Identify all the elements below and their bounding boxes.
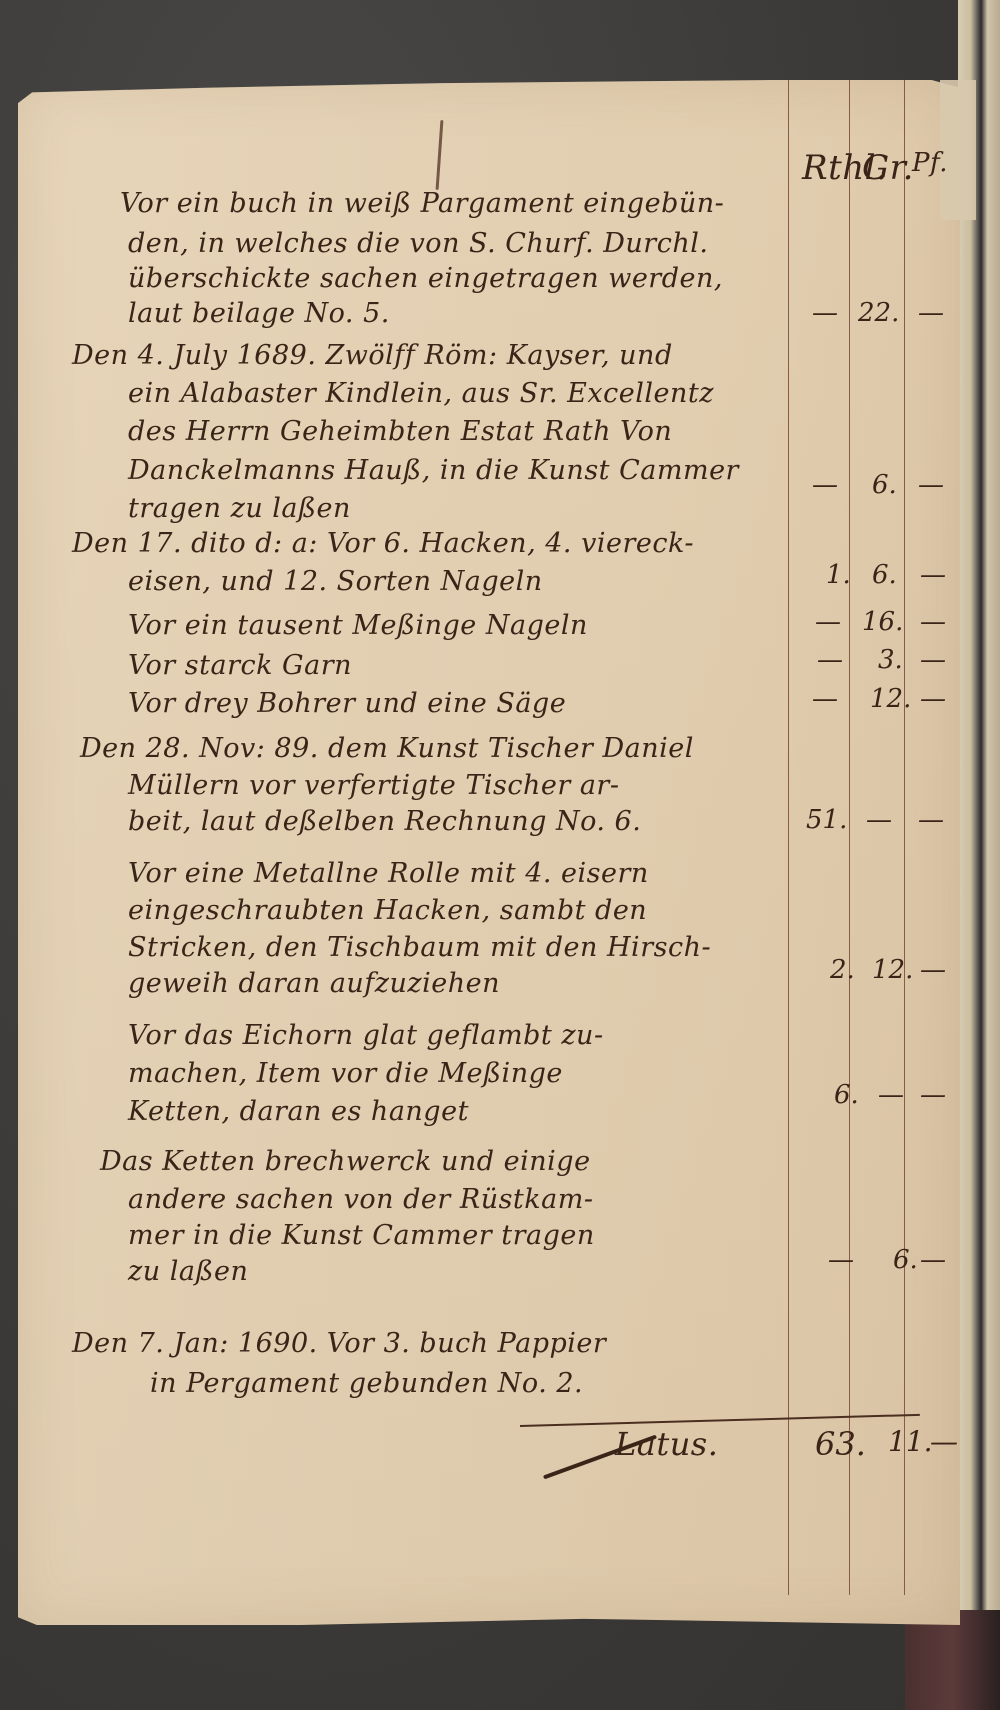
total-label: Latus.: [615, 1425, 718, 1463]
entry-line: ein Alabaster Kindlein, aus Sr. Excellen…: [128, 380, 714, 407]
entry-line: in Pergament gebunden No. 2.: [150, 1370, 583, 1397]
column-rule-pf: [904, 80, 905, 1595]
entry-line: tragen zu laßen: [128, 495, 351, 522]
amount-rthl: —: [817, 645, 843, 675]
entry-line: Vor drey Bohrer und eine Säge: [128, 690, 566, 717]
column-header-pf: Pf.: [912, 148, 948, 178]
amount-gr: 22.: [858, 298, 899, 328]
entry-line: Danckelmanns Hauß, in die Kunst Cammer: [128, 457, 739, 484]
entry-line: Vor das Eichorn glat geflambt zu-: [128, 1022, 604, 1049]
entry-line: Den 28. Nov: 89. dem Kunst Tischer Danie…: [80, 735, 694, 762]
amount-rthl: 2.: [830, 955, 855, 985]
amount-rthl: —: [812, 298, 838, 328]
amount-pf: —: [920, 560, 946, 590]
entry-line: Vor ein tausent Meßinge Nageln: [128, 612, 588, 639]
amount-pf: —: [920, 1080, 946, 1110]
amount-pf: —: [920, 1245, 946, 1275]
amount-rthl: —: [812, 684, 838, 714]
amount-pf: —: [920, 645, 946, 675]
entry-line: machen, Item vor die Meßinge: [128, 1060, 563, 1087]
amount-gr: 6.: [893, 1245, 918, 1275]
entry-line: Stricken, den Tischbaum mit den Hirsch-: [128, 934, 711, 961]
total-gr: 11.: [888, 1425, 933, 1458]
entry-line: Den 17. dito d: a: Vor 6. Hacken, 4. vie…: [72, 530, 694, 557]
amount-pf: —: [920, 607, 946, 637]
entry-line: Das Ketten brechwerck und einige: [100, 1148, 591, 1175]
entry-line: Ketten, daran es hanget: [128, 1098, 469, 1125]
amount-gr: —: [878, 1080, 904, 1110]
amount-gr: 12.: [872, 955, 913, 985]
entry-line: Vor eine Metallne Rolle mit 4. eisern: [128, 860, 649, 887]
amount-rthl: 6.: [834, 1080, 859, 1110]
amount-rthl: 1.: [826, 560, 851, 590]
amount-gr: 6.: [872, 470, 897, 500]
entry-line: Vor starck Garn: [128, 652, 352, 679]
amount-gr: 12.: [870, 684, 911, 714]
column-rule-rthl: [788, 80, 789, 1595]
amount-gr: —: [866, 805, 892, 835]
column-header-gr: Gr.: [862, 148, 914, 188]
total-pf: —: [930, 1425, 958, 1458]
amount-gr: 6.: [872, 560, 897, 590]
amount-rthl: —: [815, 607, 841, 637]
book-spine: [958, 0, 1000, 1710]
entry-line: zu laßen: [128, 1258, 248, 1285]
entry-line: Vor ein buch in weiß Pargament eingebün-: [120, 190, 724, 217]
amount-pf: —: [920, 684, 946, 714]
entry-line: Den 4. July 1689. Zwölff Röm: Kayser, un…: [72, 342, 673, 369]
entry-line: Müllern vor verfertigte Tischer ar-: [128, 772, 619, 799]
amount-pf: —: [918, 298, 944, 328]
amount-rthl: —: [828, 1245, 854, 1275]
amount-rthl: —: [812, 470, 838, 500]
amount-pf: —: [918, 470, 944, 500]
book-cover-edge: [905, 1610, 1000, 1710]
amount-gr: 16.: [862, 607, 903, 637]
amount-pf: —: [920, 955, 946, 985]
entry-line: den, in welches die von S. Churf. Durchl…: [128, 230, 708, 257]
entry-line: des Herrn Geheimbten Estat Rath Von: [128, 418, 672, 445]
entry-line: mer in die Kunst Cammer tragen: [128, 1222, 595, 1249]
amount-rthl: 51.: [806, 805, 847, 835]
entry-line: eisen, und 12. Sorten Nageln: [128, 568, 543, 595]
total-rthl: 63.: [815, 1425, 866, 1463]
column-rule-gr: [849, 80, 850, 1595]
entry-line: überschickte sachen eingetragen werden,: [128, 265, 723, 292]
entry-line: geweih daran aufzuziehen: [128, 970, 500, 997]
amount-gr: 3.: [878, 645, 903, 675]
entry-line: andere sachen von der Rüstkam-: [128, 1186, 593, 1213]
entry-line: eingeschraubten Hacken, sambt den: [128, 897, 647, 924]
entry-line: beit, laut deßelben Rechnung No. 6.: [128, 808, 641, 835]
entry-line: laut beilage No. 5.: [128, 300, 390, 327]
amount-pf: —: [918, 805, 944, 835]
entry-line: Den 7. Jan: 1690. Vor 3. buch Pappier: [72, 1330, 606, 1357]
